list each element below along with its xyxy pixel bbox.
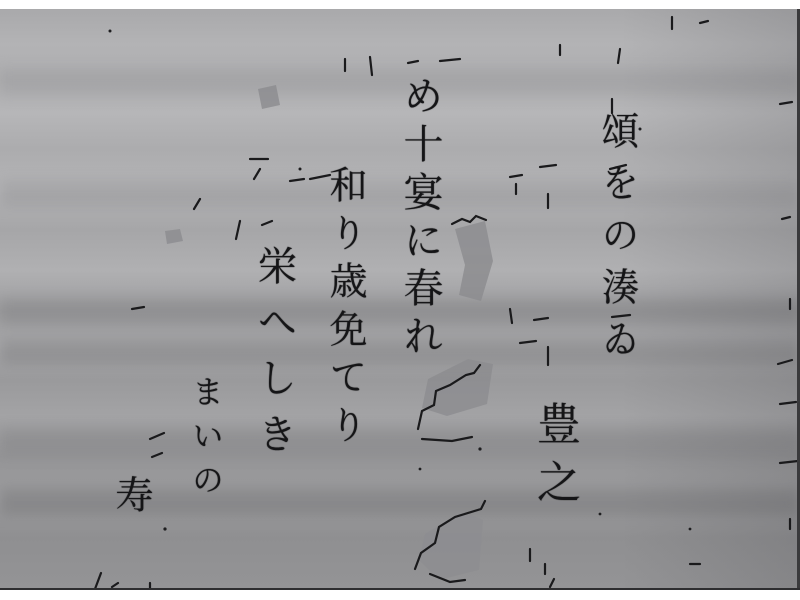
paper-edge bbox=[0, 588, 800, 590]
manuscript-photo: 頌をの湊ゐ 豊之 め十宴に春れ 和り歳免てり 栄へしき まいの 寿 bbox=[0, 9, 800, 590]
title-column: 頌をの湊ゐ bbox=[598, 111, 636, 371]
poem-column-3: 栄へしき bbox=[254, 245, 294, 469]
poem-column-4: まいの bbox=[190, 375, 222, 507]
signature: 豊之 bbox=[532, 401, 576, 517]
poem-column-5: 寿 bbox=[112, 475, 150, 519]
poem-column-1: め十宴に春れ bbox=[400, 75, 440, 363]
poem-column-2: 和り歳免てり bbox=[326, 165, 364, 453]
